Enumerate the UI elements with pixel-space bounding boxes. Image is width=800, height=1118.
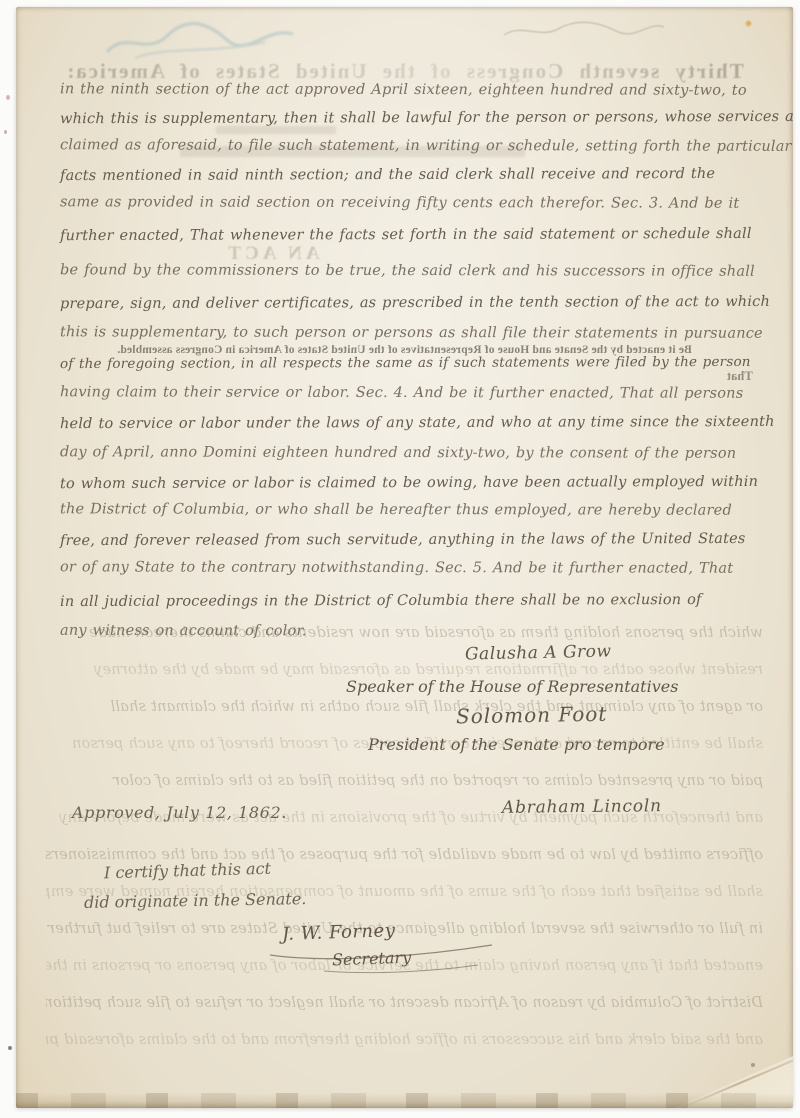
manuscript-line: in the ninth section of the act approved… — [60, 82, 747, 98]
margin-speck — [6, 95, 10, 100]
bleedthrough-line: District of Columbia by reason of Africa… — [46, 995, 763, 1011]
bleedthrough-band — [216, 126, 336, 134]
manuscript-line: claimed as aforesaid, to file such state… — [60, 138, 792, 154]
manuscript-line: which this is supplementary, then it sha… — [60, 110, 793, 127]
blue-ink-note — [95, 12, 305, 67]
scanned-document: Thirty seventh Congress of the United St… — [0, 0, 800, 1118]
certification-line-2: did originate in the Senate. — [84, 891, 307, 911]
senate-president-signature: Solomon Foot — [456, 704, 608, 727]
bleedthrough-line: officers omitted by law to be made avail… — [46, 847, 763, 863]
paper-speck — [751, 1063, 755, 1067]
senate-president-title: President of the Senate pro tempore — [368, 737, 665, 753]
bleedthrough-line: in full or otherwise the several holding… — [46, 921, 763, 937]
manuscript-line: facts mentioned in said ninth section; a… — [60, 167, 715, 184]
bleedthrough-line: paid or any presented claims or reported… — [46, 773, 763, 789]
lincoln-signature: Abraham Lincoln — [502, 798, 662, 817]
bleedthrough-line: resident whose oaths or affirmations req… — [46, 662, 763, 678]
bleedthrough-line: and the said clerk and his successors in… — [46, 1032, 763, 1048]
speaker-signature: Galusha A Grow — [465, 643, 612, 663]
manuscript-line: having claim to their service or labor. … — [60, 385, 743, 401]
pencil-note — [496, 9, 671, 49]
manuscript-line: be found by the commissioners to be true… — [60, 263, 755, 279]
manuscript-line: day of April, anno Domini eighteen hundr… — [60, 445, 736, 461]
certification-line-1: I certify that this act — [104, 861, 271, 882]
secretary-title: Secretary — [332, 950, 412, 969]
manuscript-line: further enacted, That whenever the facts… — [60, 227, 752, 244]
manuscript-line: this is supplementary, to such person or… — [60, 325, 763, 341]
margin-speck — [8, 1046, 12, 1050]
margin-speck — [4, 130, 7, 134]
manuscript-line: the District of Columbia, or who shall b… — [60, 502, 732, 518]
manuscript-line: any witness on account of color. — [60, 624, 307, 639]
manuscript-line: held to service or labor under the laws … — [60, 415, 775, 432]
deckle-edge — [16, 1093, 793, 1108]
approved-date-text: Approved, July 12, 1862. — [72, 805, 287, 821]
speaker-title: Speaker of the House of Representatives — [346, 679, 678, 695]
bleedthrough-masthead: Thirty seventh Congress of the United St… — [22, 59, 787, 84]
wax-spot — [745, 20, 752, 27]
manuscript-line: prepare, sign, and deliver certificates,… — [60, 295, 770, 312]
manuscript-line: same as provided in said section on rece… — [60, 195, 739, 211]
bleedthrough-that: That — [727, 369, 753, 384]
manuscript-line: to whom such service or labor is claimed… — [60, 475, 758, 492]
bleedthrough-line: or agent of any claimant and the clerk s… — [46, 699, 763, 715]
manuscript-page: Thirty seventh Congress of the United St… — [16, 7, 793, 1108]
manuscript-line: of the foregoing section, in all respect… — [60, 356, 751, 372]
secretary-signature: J. W. Forney — [282, 922, 396, 944]
manuscript-line: or of any State to the contrary notwiths… — [60, 560, 733, 576]
manuscript-line: in all judicial proceedings in the Distr… — [60, 593, 702, 610]
manuscript-line: free, and forever released from such ser… — [60, 532, 746, 549]
